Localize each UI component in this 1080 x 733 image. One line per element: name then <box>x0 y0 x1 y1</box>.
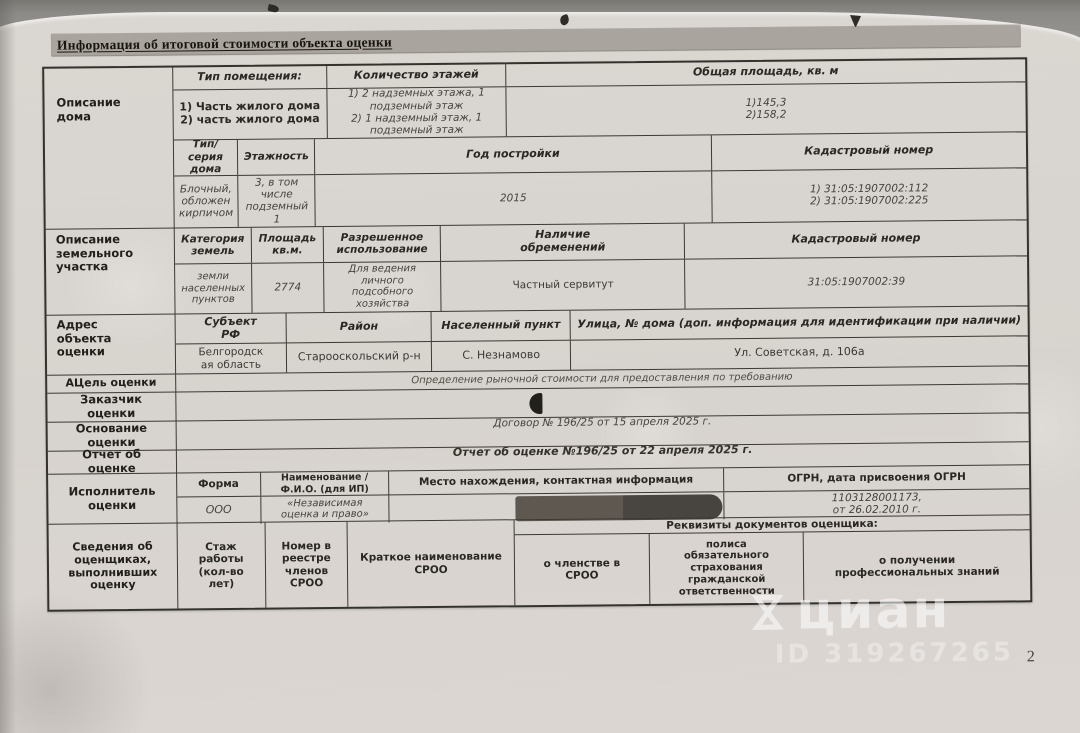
address-section-label: Адрес объекта оценки <box>47 315 175 375</box>
land-area-value: 2774 <box>251 263 323 313</box>
house-year-value: 2015 <box>314 171 711 226</box>
appraisers-experience-header: Стаж работы (кол-во лет) <box>176 523 265 609</box>
land-cadastral-header: Кадастровый номер <box>684 220 1027 258</box>
house-section: Описание дома Тип помещения: Количество … <box>44 59 1026 228</box>
address-section-body: Субъект РФ Район Населенный пункт Улица,… <box>174 306 1028 373</box>
executor-ogrn-header: ОГРН, дата присвоения ОГРН <box>723 465 1029 491</box>
address-section: Адрес объекта оценки Субъект РФ Район На… <box>47 305 1029 374</box>
valuation-table: Описание дома Тип помещения: Количество … <box>42 57 1032 611</box>
land-section: Описание земельного участка Категория зе… <box>46 219 1028 314</box>
house-series-value: Блочный, обложен кирпичом <box>174 175 238 227</box>
house-cadastral-header: Кадастровый номер <box>710 132 1026 170</box>
executor-form-header: Форма <box>177 473 261 497</box>
executor-name-header: Наименование / Ф.И.О. (для ИП) <box>260 471 388 495</box>
house-section-label: Описание дома <box>44 68 173 229</box>
house-area-value: 1)145,3 2)158,2 <box>505 82 1025 136</box>
customer-label: Заказчик оценки <box>47 393 175 422</box>
basis-label: Основание оценки <box>48 422 176 451</box>
land-value-row: земли населенных пунктов 2774 Для ведени… <box>175 255 1028 313</box>
land-encumbrances-value: Частный сервитут <box>441 259 685 311</box>
address-settlement-header: Населенный пункт <box>431 311 570 341</box>
executor-location-header: Место нахождения, контактная информация <box>388 468 723 494</box>
requisites-education-header: о получении профессиональных знаний <box>803 530 1030 602</box>
page-number: 2 <box>1027 648 1035 666</box>
house-floors-value: 1) 2 надземных этажа, 1 подземный этаж 2… <box>326 87 505 138</box>
land-category-header: Категория земель <box>174 228 251 264</box>
address-district-header: Район <box>286 312 431 342</box>
requisites-columns-row: о членстве в СРОО полиса обязательного с… <box>515 529 1031 605</box>
land-section-label: Описание земельного участка <box>46 229 174 315</box>
appraisers-registry-number-header: Номер в реестре членов СРОО <box>264 522 347 608</box>
cian-watermark-id: ID 319267265 <box>775 637 1014 669</box>
appraisers-section: Сведения об оценщиках, выполнивших оценк… <box>49 514 1031 609</box>
address-district-value: Старооскольский р-н <box>286 342 431 372</box>
house-storeys-value: 3, в том числе подземный 1 <box>238 175 315 227</box>
executor-section-label: Исполнитель оценки <box>48 474 176 524</box>
house-floors-header: Количество этажей <box>326 64 505 87</box>
house-section-body: Тип помещения: Количество этажей Общая п… <box>172 59 1027 227</box>
land-section-body: Категория земель Площадь кв.м. Разрешенн… <box>173 220 1027 313</box>
executor-section-body: Форма Наименование / Ф.И.О. (для ИП) Мес… <box>176 465 1030 522</box>
house-type-value: 1) Часть жилого дома 2) часть жилого дом… <box>173 89 327 139</box>
appraisers-requisites-block: Реквизиты документов оценщика: о членств… <box>513 515 1030 605</box>
house-value-row-2: Блочный, обложен кирпичом 3, в том числе… <box>174 167 1027 228</box>
requisites-membership-header: о членстве в СРОО <box>515 534 650 605</box>
scanned-page-photo: Информация об итоговой стоимости объекта… <box>0 0 1080 733</box>
house-value-row: 1) Часть жилого дома 2) часть жилого дом… <box>173 81 1026 139</box>
document-title: Информация об итоговой стоимости объекта… <box>57 34 392 53</box>
address-region-header: Субъект РФ <box>175 313 286 343</box>
report-label: Отчет об оценке <box>48 451 176 474</box>
address-settlement-value: С. Незнамово <box>431 341 570 371</box>
land-use-header: Разрешенное использование <box>323 226 441 262</box>
house-year-header: Год постройки <box>314 135 711 174</box>
land-cadastral-value: 31:05:1907002:39 <box>684 256 1027 308</box>
address-street-value: Ул. Советская, д. 106а <box>570 336 1028 369</box>
appraisers-sroo-name-header: Краткое наименование СРОО <box>347 520 515 607</box>
appraisers-section-label: Сведения об оценщиках, выполнивших оценк… <box>49 524 177 610</box>
land-encumbrances-header: Наличие обременений <box>440 224 684 261</box>
requisites-insurance-header: полиса обязательного страхования граждан… <box>649 532 804 603</box>
house-type-header: Тип помещения: <box>173 66 327 89</box>
address-region-value: Белгородск ая область <box>175 343 286 373</box>
redaction-mark <box>529 392 542 413</box>
land-category-value: земли населенных пунктов <box>175 264 252 314</box>
purpose-label: АЦель оценки <box>47 375 175 393</box>
executor-name-value: «Независимая оценка и право» <box>260 495 388 523</box>
house-cadastral-value: 1) 31:05:1907002:112 2) 31:05:1907002:22… <box>711 168 1027 223</box>
document-title-bar: Информация об итоговой стоимости объекта… <box>52 25 1020 55</box>
address-street-header: Улица, № дома (доп. информация для идент… <box>570 306 1028 339</box>
executor-form-value: ООО <box>177 497 261 525</box>
house-storeys-header: Этажность <box>237 139 314 175</box>
land-use-value: Для ведения личного подсобного хозяйства <box>323 262 441 312</box>
house-series-header: Тип/серия дома <box>173 139 237 175</box>
document: Информация об итоговой стоимости объекта… <box>0 0 1080 733</box>
land-area-header: Площадь кв.м. <box>251 227 323 262</box>
